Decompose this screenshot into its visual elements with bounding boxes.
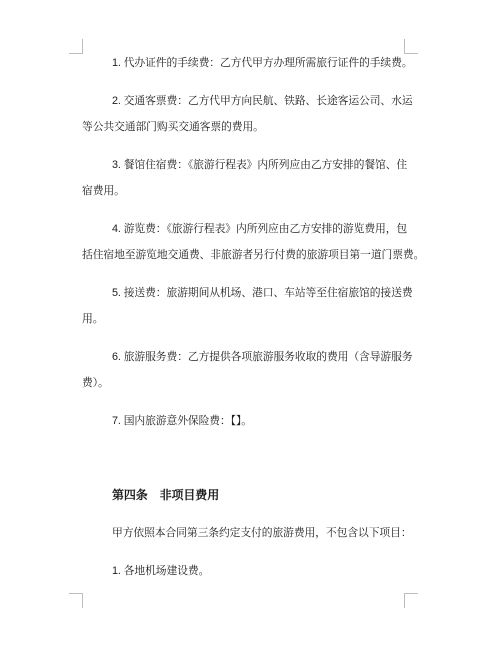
fee-item-7: 7. 国内旅游意外保险费：【】。: [82, 408, 430, 434]
crop-mark-top-left: [69, 39, 83, 54]
fee-item-2: 2. 交通客票费：乙方代甲方向民航、铁路、长途客运公司、水运 等公共交通部门购买…: [82, 88, 430, 140]
crop-mark-bottom-left: [69, 593, 83, 608]
paragraph-line: 费）。: [82, 370, 430, 396]
paragraph-line: 甲方依照本合同第三条约定支付的旅游费用，不包含以下项目：: [82, 520, 430, 546]
fee-item-1: 1. 代办证件的手续费：乙方代甲方办理所需旅行证件的手续费。: [82, 50, 430, 76]
paragraph-line: 1. 各地机场建设费。: [82, 558, 430, 584]
excluded-item-1: 1. 各地机场建设费。: [82, 558, 430, 584]
paragraph-line: 1. 代办证件的手续费：乙方代甲方办理所需旅行证件的手续费。: [82, 50, 430, 76]
document-body: 1. 代办证件的手续费：乙方代甲方办理所需旅行证件的手续费。 2. 交通客票费：…: [82, 50, 430, 596]
section-heading: 第四条 非项目费用: [82, 482, 430, 508]
fee-item-6: 6. 旅游服务费：乙方提供各项旅游服务收取的费用（含导游服务 费）。: [82, 344, 430, 396]
fee-item-4: 4. 游览费：《旅游行程表》内所列应由乙方安排的游览费用，包 括住宿地至游览地交…: [82, 216, 430, 268]
paragraph-line: 2. 交通客票费：乙方代甲方向民航、铁路、长途客运公司、水运: [82, 88, 430, 114]
paragraph-line: 用。: [82, 306, 430, 332]
paragraph-line: 7. 国内旅游意外保险费：【】。: [82, 408, 430, 434]
paragraph-line: 等公共交通部门购买交通客票的费用。: [82, 114, 430, 140]
paragraph-line: 4. 游览费：《旅游行程表》内所列应由乙方安排的游览费用，包: [82, 216, 430, 242]
section-heading-text: 第四条 非项目费用: [82, 482, 430, 508]
paragraph-line: 5. 接送费：旅游期间从机场、港口、车站等至住宿旅馆的接送费: [82, 280, 430, 306]
document-page[interactable]: 1. 代办证件的手续费：乙方代甲方办理所需旅行证件的手续费。 2. 交通客票费：…: [0, 0, 486, 648]
paragraph-line: 宿费用。: [82, 178, 430, 204]
paragraph-line: 6. 旅游服务费：乙方提供各项旅游服务收取的费用（含导游服务: [82, 344, 430, 370]
section-intro: 甲方依照本合同第三条约定支付的旅游费用，不包含以下项目：: [82, 520, 430, 546]
fee-item-5: 5. 接送费：旅游期间从机场、港口、车站等至住宿旅馆的接送费 用。: [82, 280, 430, 332]
paragraph-line: 括住宿地至游览地交通费、非旅游者另行付费的旅游项目第一道门票费。: [82, 242, 430, 268]
paragraph-line: 3. 餐馆住宿费：《旅游行程表》内所列应由乙方安排的餐馆、住: [82, 152, 430, 178]
fee-item-3: 3. 餐馆住宿费：《旅游行程表》内所列应由乙方安排的餐馆、住 宿费用。: [82, 152, 430, 204]
